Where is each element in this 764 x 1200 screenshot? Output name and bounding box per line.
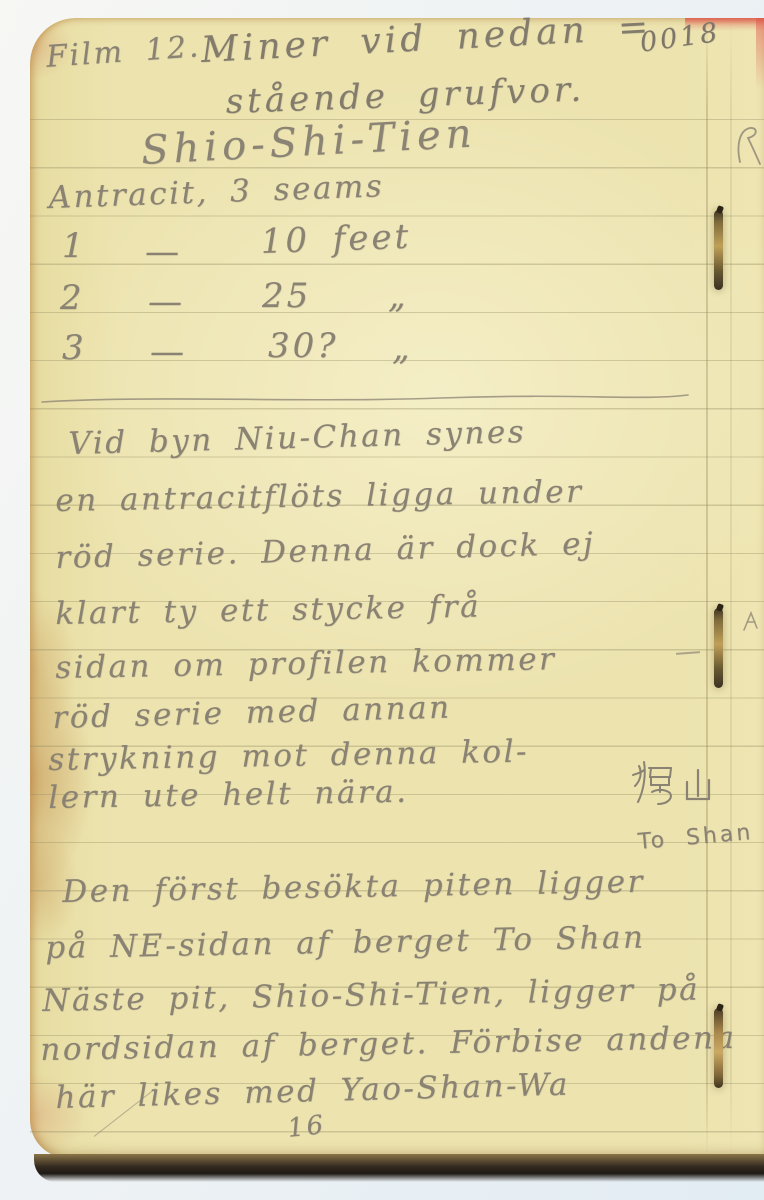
seam-subheading: Antracit, 3 seams <box>48 168 385 216</box>
paragraph2-line: här likes med Yao-Shan-Wa <box>55 1067 570 1116</box>
gutter-crease <box>706 18 708 1158</box>
mine-name-heading: Shio-Shi-Tien <box>140 110 477 173</box>
seam-thickness: 30? <box>268 326 339 366</box>
paragraph1-line: en antracitflöts ligga under <box>55 474 584 519</box>
paragraph1-line: röd serie. Denna är dock ej <box>55 526 596 576</box>
chinese-character-shan-icon <box>683 766 713 810</box>
notebook-scan: { "document": { "scan_number": "0018", "… <box>0 0 764 1200</box>
notebook-page: Film 12. Miner vid nedan = stående grufv… <box>30 18 764 1158</box>
ditto-mark: „ <box>388 276 409 316</box>
pencil-caret-mark <box>742 610 762 634</box>
notebook-bottom-edge <box>34 1154 764 1182</box>
binding-staple <box>714 608 723 688</box>
binding-staple <box>714 210 723 290</box>
chinese-character-du-icon <box>630 758 676 810</box>
seam-dash: — <box>148 282 185 322</box>
paragraph1-line: sidan om profilen kommer <box>55 641 557 686</box>
paragraph2-line: Den först besökta piten ligger <box>62 864 645 910</box>
seam-thickness: 25 <box>262 276 311 316</box>
paragraph1-line: strykning mot denna kol- <box>48 734 529 778</box>
seam-number: 3 <box>62 328 87 368</box>
hand-drawn-divider <box>40 392 692 406</box>
paragraph2-line: Näste pit, Shio-Shi-Tien, ligger på <box>42 972 700 1019</box>
chinese-transliteration: To Shan <box>637 820 754 855</box>
ditto-mark: „ <box>392 328 413 368</box>
paragraph1-line: röd serie med annan <box>52 690 452 736</box>
paragraph1-line: Vid byn Niu-Chan synes <box>68 414 527 462</box>
paragraph1-line: lern ute helt nära. <box>48 774 409 816</box>
seam-dash: — <box>150 332 187 372</box>
page-number: 16 <box>286 1110 327 1144</box>
seam-number: 2 <box>60 278 85 318</box>
paragraph2-line: nordsidan af berget. Förbise andena <box>40 1020 737 1068</box>
red-page-edge-right <box>756 18 764 90</box>
next-page-crease <box>730 18 732 1158</box>
film-label: Film 12. <box>45 29 202 75</box>
chinese-annotation <box>630 758 713 814</box>
seam-number: 1 <box>62 226 87 266</box>
pencil-dash-mark <box>676 651 700 655</box>
seam-dash: — <box>145 232 182 272</box>
pencil-flourish-mark <box>732 124 764 168</box>
paragraph1-line: klart ty ett stycke frå <box>55 589 481 632</box>
page-title-line1: Miner vid nedan = <box>200 6 653 71</box>
seam-thickness: 10 feet <box>260 217 412 262</box>
paragraph2-line: på NE-sidan af berget To Shan <box>45 920 646 966</box>
binding-staple <box>714 1008 723 1088</box>
